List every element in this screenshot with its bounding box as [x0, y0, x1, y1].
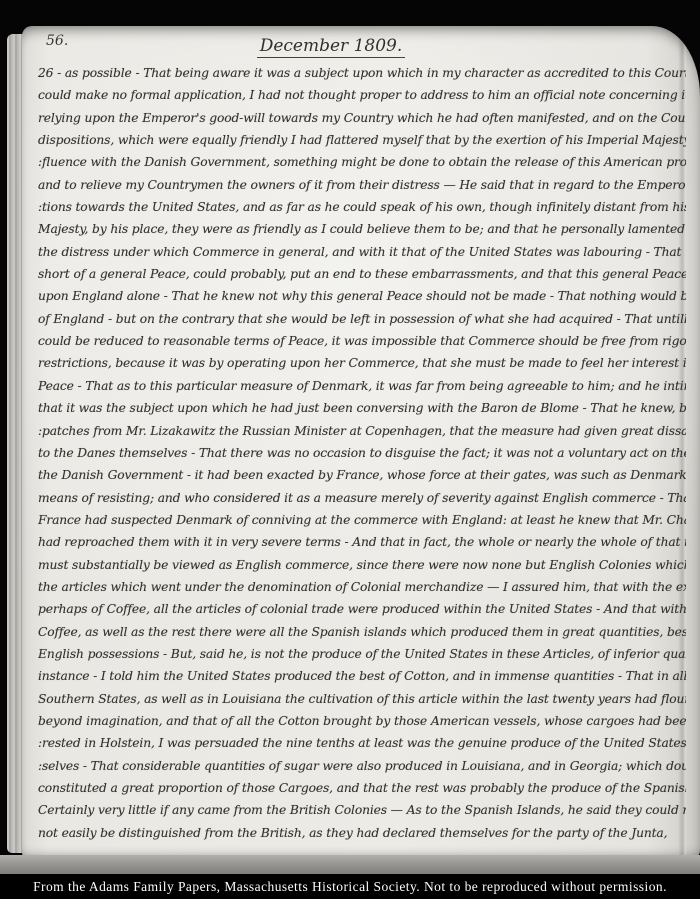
manuscript-line: restrictions, because it was by operatin…: [38, 352, 686, 374]
manuscript-line: that it was the subject upon which he ha…: [38, 397, 686, 419]
manuscript-line: beyond imagination, and that of all the …: [38, 710, 686, 732]
manuscript-line: means of resisting; and who considered i…: [38, 487, 686, 509]
manuscript-line: had reproached them with it in very seve…: [38, 531, 686, 553]
manuscript-line: France had suspected Denmark of connivin…: [38, 509, 686, 531]
manuscript-line: the distress under which Commerce in gen…: [38, 241, 686, 263]
page-heading: December 1809.: [22, 36, 640, 56]
heading-text: December 1809.: [257, 36, 406, 58]
manuscript-line: the articles which went under the denomi…: [38, 576, 686, 598]
manuscript-text: 26 - as possible - That being aware it w…: [38, 62, 686, 852]
manuscript-line: not easily be distinguished from the Bri…: [38, 822, 686, 844]
manuscript-line: the Danish Government - it had been exac…: [38, 464, 686, 486]
manuscript-line: :selves - That considerable quantities o…: [38, 755, 686, 777]
manuscript-line: of England - but on the contrary that sh…: [38, 308, 686, 330]
manuscript-line: English possessions - But, said he, is n…: [38, 643, 686, 665]
manuscript-line: relying upon the Emperor's good-will tow…: [38, 107, 686, 129]
manuscript-line: 26 - as possible - That being aware it w…: [38, 62, 686, 84]
manuscript-page: 56. December 1809. 26 - as possible - Th…: [22, 26, 700, 857]
manuscript-line: to the Danes themselves - That there was…: [38, 442, 686, 464]
caption-band: From the Adams Family Papers, Massachuse…: [0, 874, 700, 899]
manuscript-line: and to relieve my Countrymen the owners …: [38, 174, 686, 196]
manuscript-line: must substantially be viewed as English …: [38, 554, 686, 576]
manuscript-line: :rested in Holstein, I was persuaded the…: [38, 732, 686, 754]
manuscript-line: Southern States, as well as in Louisiana…: [38, 688, 686, 710]
manuscript-line: upon England alone - That he knew not wh…: [38, 285, 686, 307]
manuscript-line: :tions towards the United States, and as…: [38, 196, 686, 218]
manuscript-line: constituted a great proportion of those …: [38, 777, 686, 799]
manuscript-scan: 56. December 1809. 26 - as possible - Th…: [0, 0, 700, 899]
manuscript-line: Peace - That as to this particular measu…: [38, 375, 686, 397]
manuscript-line: perhaps of Coffee, all the articles of c…: [38, 598, 686, 620]
manuscript-line: could be reduced to reasonable terms of …: [38, 330, 686, 352]
manuscript-line: dispositions, which were equally friendl…: [38, 129, 686, 151]
manuscript-line: instance - I told him the United States …: [38, 665, 686, 687]
book-bottom-page-edges: [0, 855, 700, 874]
manuscript-line: Majesty, by his place, they were as frie…: [38, 218, 686, 240]
manuscript-line: Certainly very little if any came from t…: [38, 799, 686, 821]
manuscript-line: :fluence with the Danish Government, som…: [38, 151, 686, 173]
manuscript-line: could make no formal application, I had …: [38, 84, 686, 106]
archive-caption: From the Adams Family Papers, Massachuse…: [33, 879, 667, 895]
manuscript-line: Coffee, as well as the rest there were a…: [38, 621, 686, 643]
manuscript-line: short of a general Peace, could probably…: [38, 263, 686, 285]
manuscript-line: :patches from Mr. Lizakawitz the Russian…: [38, 420, 686, 442]
